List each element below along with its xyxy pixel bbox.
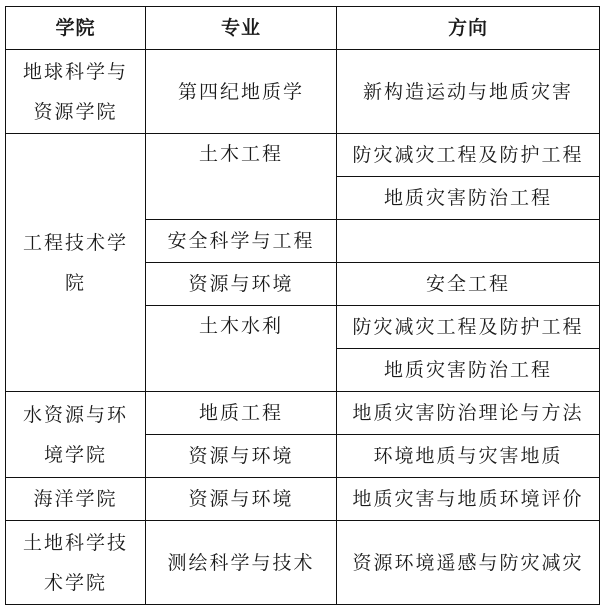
- major-cell: 安全科学与工程: [146, 220, 337, 263]
- direction-cell: 地质灾害防治理论与方法: [337, 392, 600, 435]
- direction-cell: 地质灾害防治工程: [337, 349, 600, 392]
- major-cell: 土木工程: [146, 134, 337, 220]
- direction-cell: 新构造运动与地质灾害: [337, 50, 600, 134]
- direction-cell: [337, 220, 600, 263]
- college-cell: 工程技术学 院: [6, 134, 146, 392]
- table-row: 海洋学院 资源与环境 地质灾害与地质环境评价: [6, 478, 600, 521]
- direction-cell: 环境地质与灾害地质: [337, 435, 600, 478]
- major-cell: 土木水利: [146, 306, 337, 392]
- college-line: 工程技术学: [6, 223, 145, 263]
- header-college: 学院: [6, 7, 146, 50]
- header-major: 专业: [146, 7, 337, 50]
- direction-cell: 地质灾害防治工程: [337, 177, 600, 220]
- table-row: 土地科学技 术学院 测绘科学与技术 资源环境遥感与防灾减灾: [6, 521, 600, 605]
- college-line: 境学院: [6, 435, 145, 475]
- college-line: 土地科学技: [6, 523, 145, 563]
- direction-cell: 地质灾害与地质环境评价: [337, 478, 600, 521]
- table-row: 工程技术学 院 土木工程 防灾减灾工程及防护工程: [6, 134, 600, 177]
- college-line: 水资源与环: [6, 395, 145, 435]
- direction-cell: 安全工程: [337, 263, 600, 306]
- major-cell: 地质工程: [146, 392, 337, 435]
- college-cell: 土地科学技 术学院: [6, 521, 146, 605]
- direction-cell: 资源环境遥感与防灾减灾: [337, 521, 600, 605]
- major-cell: 第四纪地质学: [146, 50, 337, 134]
- major-cell: 资源与环境: [146, 263, 337, 306]
- header-row: 学院 专业 方向: [6, 7, 600, 50]
- table-row: 地球科学与 资源学院 第四纪地质学 新构造运动与地质灾害: [6, 50, 600, 134]
- table-row: 水资源与环 境学院 地质工程 地质灾害防治理论与方法: [6, 392, 600, 435]
- college-line: 资源学院: [6, 92, 145, 132]
- major-cell: 资源与环境: [146, 435, 337, 478]
- college-line: 地球科学与: [6, 52, 145, 92]
- header-direction: 方向: [337, 7, 600, 50]
- direction-cell: 防灾减灾工程及防护工程: [337, 306, 600, 349]
- direction-cell: 防灾减灾工程及防护工程: [337, 134, 600, 177]
- college-line: 院: [6, 263, 145, 303]
- college-cell: 地球科学与 资源学院: [6, 50, 146, 134]
- college-cell: 海洋学院: [6, 478, 146, 521]
- college-cell: 水资源与环 境学院: [6, 392, 146, 478]
- college-major-direction-table: 学院 专业 方向 地球科学与 资源学院 第四纪地质学 新构造运动与地质灾害 工程…: [5, 6, 600, 605]
- college-line: 术学院: [6, 563, 145, 603]
- major-cell: 资源与环境: [146, 478, 337, 521]
- major-cell: 测绘科学与技术: [146, 521, 337, 605]
